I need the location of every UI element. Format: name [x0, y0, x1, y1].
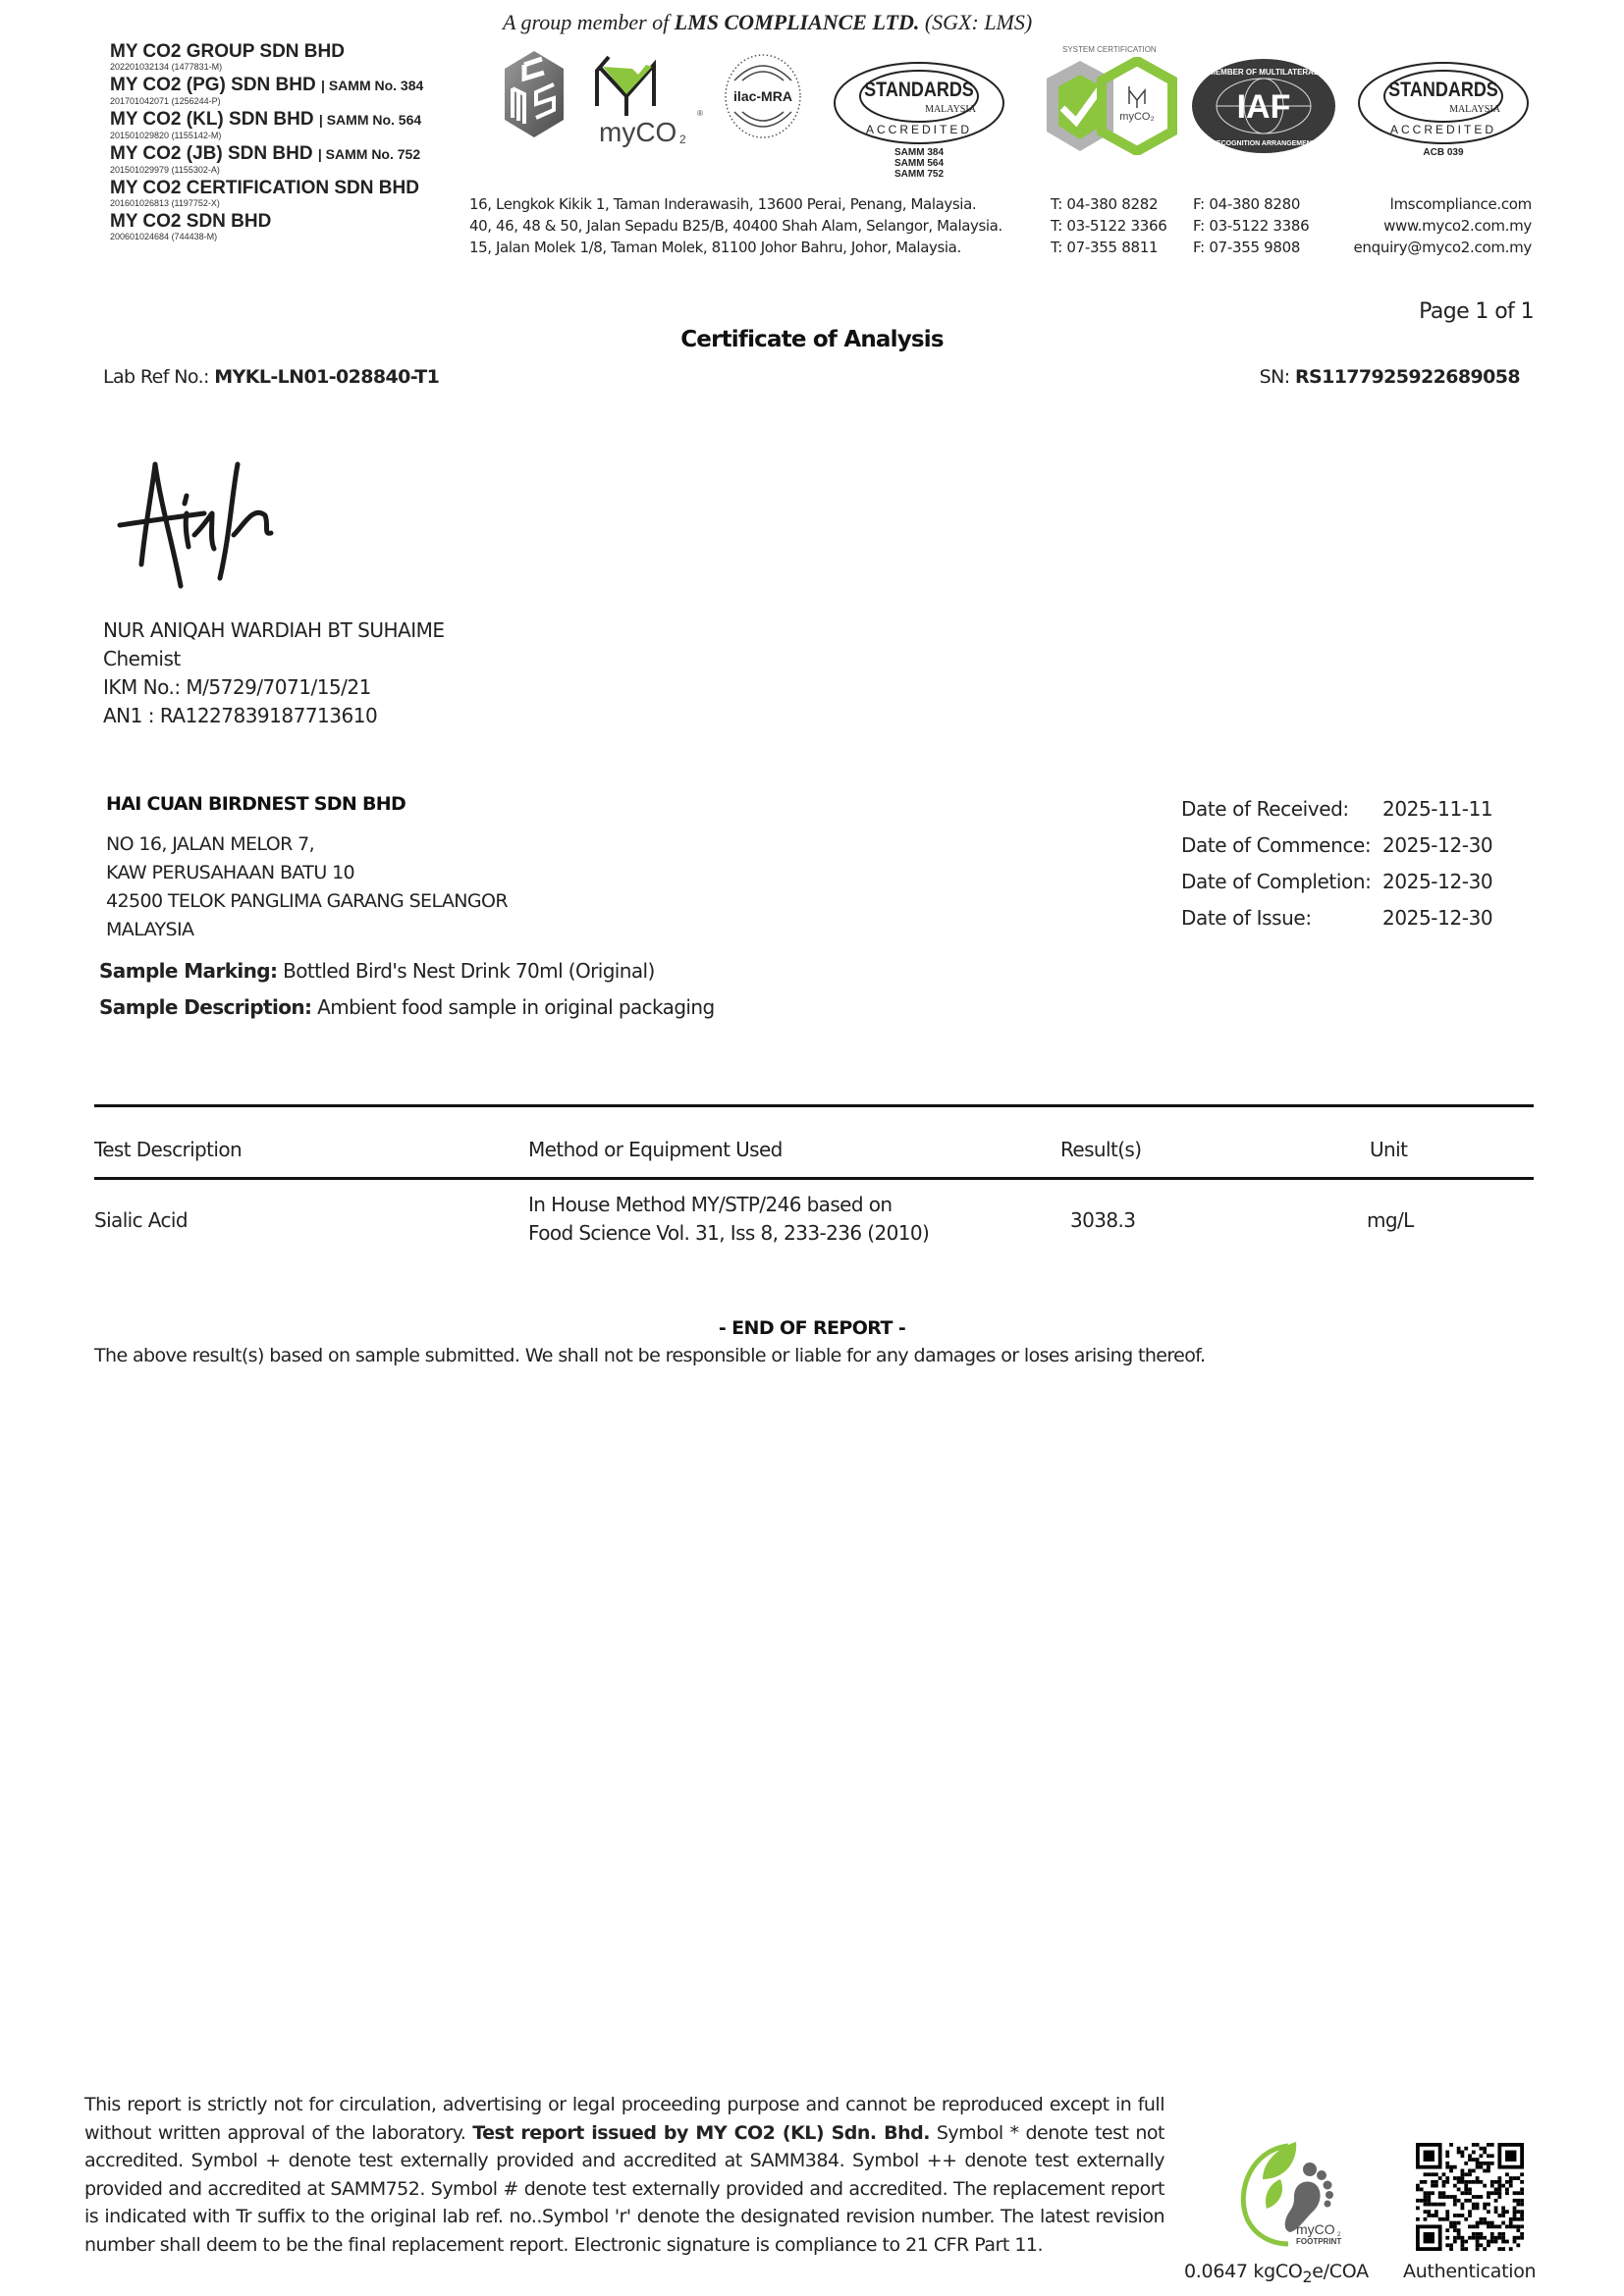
company-samm: SAMM No. 564 — [327, 112, 421, 128]
column-header-test: Test Description — [94, 1138, 242, 1161]
signatory-block: NUR ANIQAH WARDIAH BT SUHAIME Chemist IK… — [103, 616, 445, 730]
website-link[interactable]: lmscompliance.com — [1316, 193, 1532, 215]
office-addresses: 16, Lengkok Kikik 1, Taman Inderawasih, … — [469, 193, 1002, 258]
company-name: MY CO2 (JB) SDN BHD — [110, 143, 313, 164]
authentication-qr-code[interactable] — [1416, 2143, 1524, 2251]
company-name: MY CO2 GROUP SDN BHD — [110, 41, 454, 62]
company-reg-no: 201501029979 (1155302-A) — [110, 165, 454, 176]
ilac-mra-logo-icon: ilac-MRA — [723, 51, 803, 141]
serial-number: SN: RS1177925922689058 — [1260, 366, 1520, 388]
company-reg-no: 201501029820 (1155142-M) — [110, 131, 454, 141]
company-list: MY CO2 GROUP SDN BHD 202201032134 (14778… — [110, 41, 454, 244]
lab-ref-no: Lab Ref No.: MYKL-LN01-028840-T1 — [103, 366, 439, 388]
svg-text:®: ® — [697, 109, 703, 118]
carbon-footprint-value: 0.0647 kgCO2e/COA — [1184, 2261, 1369, 2286]
email-link[interactable]: enquiry@myco2.com.my — [1316, 237, 1532, 258]
signatory-an1: AN1 : RA1227839187713610 — [103, 702, 445, 730]
group-tagline: A group member of LMS COMPLIANCE LTD. (S… — [503, 10, 1032, 35]
cell-test: Sialic Acid — [94, 1208, 188, 1232]
date-completion: Date of Completion:2025-12-30 — [1181, 864, 1492, 900]
standards-malaysia-acb-logo-icon: STANDARDS MALAYSIA ACCREDITED — [1357, 61, 1530, 145]
date-block: Date of Received:2025-11-11 Date of Comm… — [1181, 791, 1492, 936]
sample-description: Sample Description: Ambient food sample … — [99, 995, 715, 1019]
cell-result: 3038.3 — [1070, 1208, 1135, 1232]
svg-text:MALAYSIA: MALAYSIA — [1449, 104, 1501, 115]
company-reg-no: 201601026813 (1197752-X) — [110, 198, 454, 209]
column-header-result: Result(s) — [1060, 1138, 1141, 1161]
svg-text:ilac-MRA: ilac-MRA — [733, 88, 792, 104]
system-certification-logo-icon: myCO₂ — [1043, 57, 1180, 155]
signatory-name: NUR ANIQAH WARDIAH BT SUHAIME — [103, 616, 445, 645]
svg-text:MALAYSIA: MALAYSIA — [925, 104, 977, 115]
sample-marking: Sample Marking: Bottled Bird's Nest Drin… — [99, 959, 655, 983]
svg-text:STANDARDS: STANDARDS — [864, 79, 974, 102]
company-entry: MY CO2 CERTIFICATION SDN BHD 20160102681… — [110, 178, 454, 209]
lms-logo-icon — [503, 49, 566, 139]
company-name: MY CO2 SDN BHD — [110, 211, 454, 232]
svg-text:myCO: myCO — [1296, 2221, 1335, 2237]
table-header-rule — [94, 1177, 1534, 1180]
samm-numbers: SAMM 384 SAMM 564 SAMM 752 — [890, 147, 948, 180]
legal-notice: This report is strictly not for circulat… — [84, 2091, 1164, 2259]
co2-footprint-logo-icon: myCO 2 FOOTPRINT — [1233, 2140, 1351, 2248]
customer-address: NO 16, JALAN MELOR 7, KAW PERUSAHAAN BAT… — [106, 830, 508, 944]
svg-text:MEMBER OF MULTILATERAL: MEMBER OF MULTILATERAL — [1209, 68, 1319, 77]
svg-text:myCO₂: myCO₂ — [1119, 111, 1154, 123]
page-title: Certificate of Analysis — [0, 327, 1624, 352]
cell-unit: mg/L — [1367, 1208, 1414, 1232]
company-entry: MY CO2 (JB) SDN BHD | SAMM No. 752 20150… — [110, 143, 454, 176]
company-reg-no: 202201032134 (1477831-M) — [110, 62, 454, 73]
customer-name: HAI CUAN BIRDNEST SDN BHD — [106, 793, 406, 815]
svg-text:STANDARDS: STANDARDS — [1388, 79, 1498, 102]
signature-image — [116, 456, 283, 599]
company-samm: SAMM No. 752 — [326, 146, 420, 162]
website-link[interactable]: www.myco2.com.my — [1316, 215, 1532, 237]
office-faxes: F: 04-380 8280 F: 03-5122 3386 F: 07-355… — [1193, 193, 1309, 258]
acb-number: ACB 039 — [1414, 147, 1473, 158]
svg-text:IAF: IAF — [1237, 88, 1291, 126]
signatory-ikm: IKM No.: M/5729/7071/15/21 — [103, 673, 445, 702]
date-commence: Date of Commence:2025-12-30 — [1181, 828, 1492, 864]
company-entry: MY CO2 (KL) SDN BHD | SAMM No. 564 20150… — [110, 109, 454, 141]
company-name: MY CO2 CERTIFICATION SDN BHD — [110, 178, 454, 198]
company-reg-no: 201701042071 (1256244-P) — [110, 96, 454, 107]
company-entry: MY CO2 SDN BHD 200601024684 (744438-M) — [110, 211, 454, 242]
company-name: MY CO2 (KL) SDN BHD — [110, 109, 314, 130]
signatory-title: Chemist — [103, 645, 445, 673]
svg-text:RECOGNITION ARRANGEMENT: RECOGNITION ARRANGEMENT — [1212, 140, 1317, 147]
company-reg-no: 200601024684 (744438-M) — [110, 232, 454, 242]
end-of-report: - END OF REPORT - — [0, 1317, 1624, 1339]
myco2-logo-icon: myCO 2 ® — [595, 47, 713, 147]
result-disclaimer: The above result(s) based on sample subm… — [94, 1345, 1205, 1366]
iaf-logo-icon: IAF MEMBER OF MULTILATERAL RECOGNITION A… — [1190, 57, 1337, 155]
date-issue: Date of Issue:2025-12-30 — [1181, 900, 1492, 936]
authentication-label: Authentication — [1403, 2261, 1536, 2282]
date-received: Date of Received:2025-11-11 — [1181, 791, 1492, 828]
svg-text:FOOTPRINT: FOOTPRINT — [1296, 2237, 1341, 2246]
table-top-rule — [94, 1104, 1534, 1107]
cell-method: In House Method MY/STP/246 based on Food… — [528, 1191, 929, 1248]
company-entry: MY CO2 (PG) SDN BHD | SAMM No. 384 20170… — [110, 75, 454, 107]
company-name: MY CO2 (PG) SDN BHD — [110, 75, 316, 95]
column-header-method: Method or Equipment Used — [528, 1138, 783, 1161]
svg-text:myCO: myCO — [599, 117, 677, 147]
company-entry: MY CO2 GROUP SDN BHD 202201032134 (14778… — [110, 41, 454, 73]
standards-malaysia-logo-icon: STANDARDS MALAYSIA ACCREDITED — [833, 61, 1005, 145]
system-certification-label: SYSTEM CERTIFICATION — [1062, 45, 1157, 54]
company-samm: SAMM No. 384 — [329, 78, 423, 93]
svg-text:ACCREDITED: ACCREDITED — [866, 123, 972, 136]
page-number: Page 1 of 1 — [1419, 299, 1534, 324]
office-phones: T: 04-380 8282 T: 03-5122 3366 T: 07-355… — [1051, 193, 1166, 258]
web-contacts: lmscompliance.com www.myco2.com.my enqui… — [1316, 193, 1532, 258]
svg-text:2: 2 — [679, 133, 686, 146]
column-header-unit: Unit — [1370, 1138, 1407, 1161]
svg-text:ACCREDITED: ACCREDITED — [1390, 123, 1496, 136]
